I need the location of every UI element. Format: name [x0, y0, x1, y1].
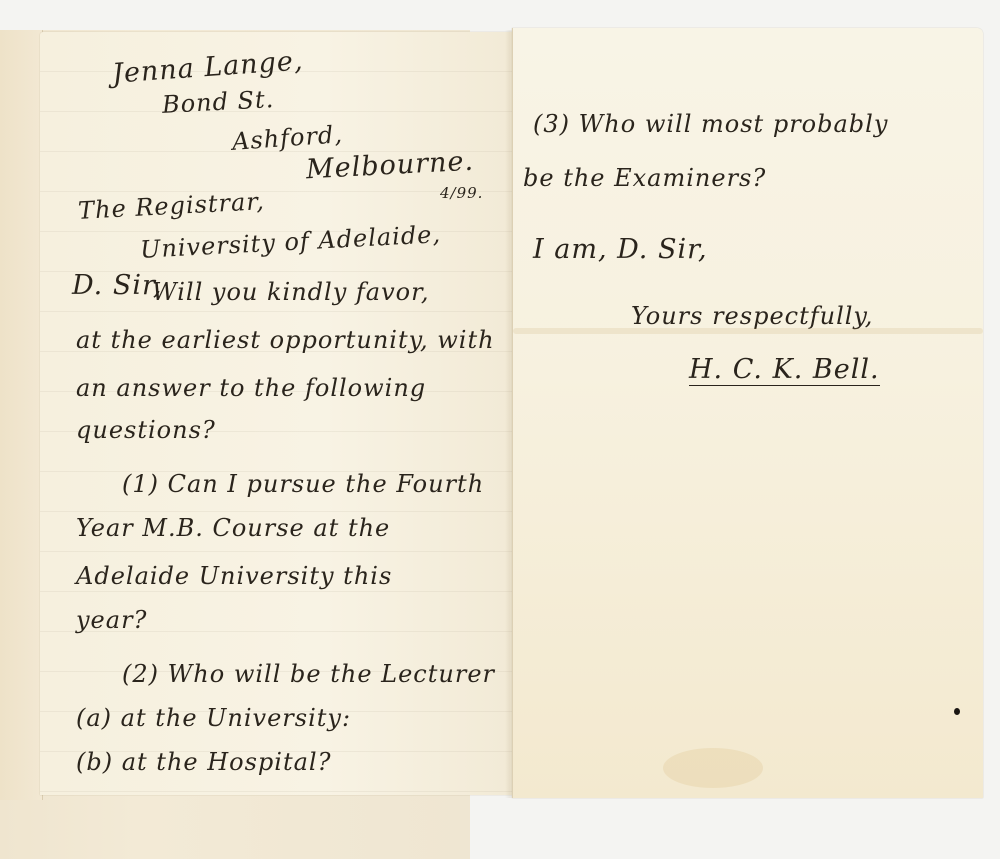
body-line-1: Will you kindly favor,	[152, 278, 430, 306]
closing-line-2: Yours respectfully,	[631, 302, 873, 330]
salutation: D. Sir,	[72, 270, 163, 301]
question-2-line-3: (b) at the Hospital?	[76, 748, 331, 776]
question-2-line-1: (2) Who will be the Lecturer	[122, 660, 495, 688]
letter-date: 4/99.	[440, 184, 483, 202]
fold-stain	[513, 328, 983, 334]
question-1-line-3: Adelaide University this	[76, 562, 392, 590]
letter-right-page: (3) Who will most probably be the Examin…	[512, 28, 983, 798]
address-line-1: Jenna Lange,	[111, 45, 304, 89]
recipient-line-2: University of Adelaide,	[139, 220, 441, 264]
body-line-3: an answer to the following	[76, 374, 426, 402]
address-line-2: Bond St.	[161, 85, 275, 119]
address-line-3: Ashford,	[231, 120, 344, 156]
closing-line-1: I am, D. Sir,	[533, 234, 708, 265]
body-line-2: at the earliest opportunity, with	[76, 326, 495, 354]
water-stain	[663, 748, 763, 788]
address-line-4: Melbourne.	[305, 146, 474, 186]
letter-left-page: Jenna Lange, Bond St. Ashford, Melbourne…	[40, 32, 512, 795]
signature: H. C. K. Bell.	[689, 354, 880, 386]
question-1-line-4: year?	[76, 606, 147, 634]
question-2-line-2: (a) at the University:	[76, 704, 351, 732]
underlying-sheet-left-edge	[0, 30, 43, 800]
ink-spot	[954, 708, 960, 715]
body-line-4: questions?	[76, 416, 216, 444]
question-3-line-2: be the Examiners?	[523, 164, 766, 192]
question-1-line-1: (1) Can I pursue the Fourth	[122, 470, 484, 498]
recipient-line-1: The Registrar,	[77, 187, 265, 225]
question-1-line-2: Year M.B. Course at the	[76, 514, 390, 542]
question-3-line-1: (3) Who will most probably	[533, 110, 888, 138]
